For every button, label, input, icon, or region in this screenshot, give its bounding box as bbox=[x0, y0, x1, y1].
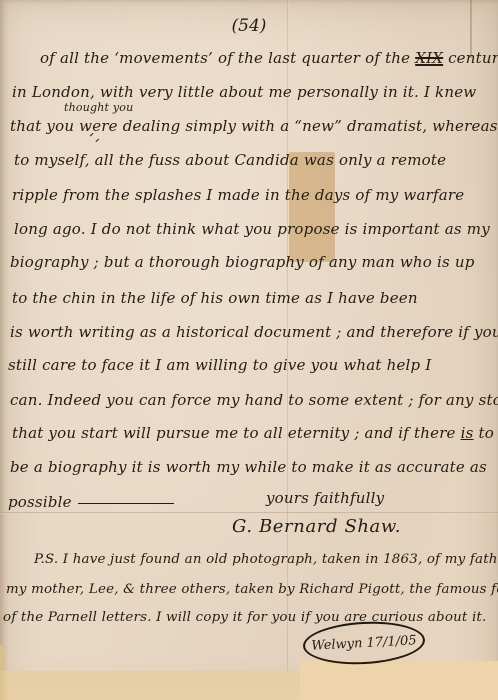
line12-text: that you start will pursue me to all ete… bbox=[12, 424, 461, 442]
letter-line-11: can. Indeed you can force my hand to som… bbox=[10, 390, 498, 410]
line1-text-end: century bbox=[443, 49, 498, 67]
letter-page: (54) of all the ‘movements’ of the last … bbox=[0, 0, 498, 700]
signature: G. Bernard Shaw. bbox=[232, 517, 401, 537]
letter-line-13: be a biography it is worth my while to m… bbox=[10, 457, 487, 477]
letter-line-4: to myself, all the fuss about Candida wa… bbox=[14, 150, 446, 170]
bottom-paper-band bbox=[0, 671, 498, 700]
letter-line-8: to the chin in the life of his own time … bbox=[12, 288, 418, 308]
letter-line-9: is worth writing as a historical documen… bbox=[10, 322, 498, 342]
underlined-word-is: is bbox=[461, 424, 474, 442]
ps-line-3: of the Parnell letters. I will copy it f… bbox=[3, 608, 486, 628]
ps-line-1: P.S. I have just found an old photograph… bbox=[34, 550, 498, 570]
word-possible: possible bbox=[8, 493, 72, 511]
page-number: (54) bbox=[0, 16, 498, 36]
ps-line-2: my mother, Lee, & three others, taken by… bbox=[6, 580, 498, 600]
interline-insertion: thought you bbox=[64, 101, 133, 114]
letter-line-2: in London, with very little about me per… bbox=[12, 82, 476, 102]
pen-flourish bbox=[78, 503, 174, 504]
line12-text-end: to bbox=[474, 424, 494, 442]
bottom-right-paper-patch bbox=[300, 661, 498, 700]
letter-line-3: that you were dealing simply with a “new… bbox=[10, 116, 498, 136]
letter-line-10: still care to face it I am willing to gi… bbox=[8, 355, 431, 375]
letter-line-14: possible bbox=[8, 492, 174, 512]
valediction: yours faithfully bbox=[266, 488, 384, 508]
date-place-text: Welwyn 17/1/05 bbox=[311, 633, 417, 653]
left-edge-paper-sliver bbox=[0, 645, 9, 700]
letter-line-7: biography ; but a thorough biography of … bbox=[10, 252, 475, 272]
letter-line-12: that you start will pursue me to all ete… bbox=[12, 423, 494, 443]
letter-line-1: of all the ‘movements’ of the last quart… bbox=[40, 48, 498, 68]
line1-text: of all the ‘movements’ of the last quart… bbox=[40, 49, 415, 67]
struck-word-xix: XIX bbox=[415, 49, 443, 67]
horizontal-fold-crease bbox=[0, 512, 498, 514]
letter-line-5: ripple from the splashes I made in the d… bbox=[12, 185, 464, 205]
letter-line-6: long ago. I do not think what you propos… bbox=[14, 219, 490, 239]
